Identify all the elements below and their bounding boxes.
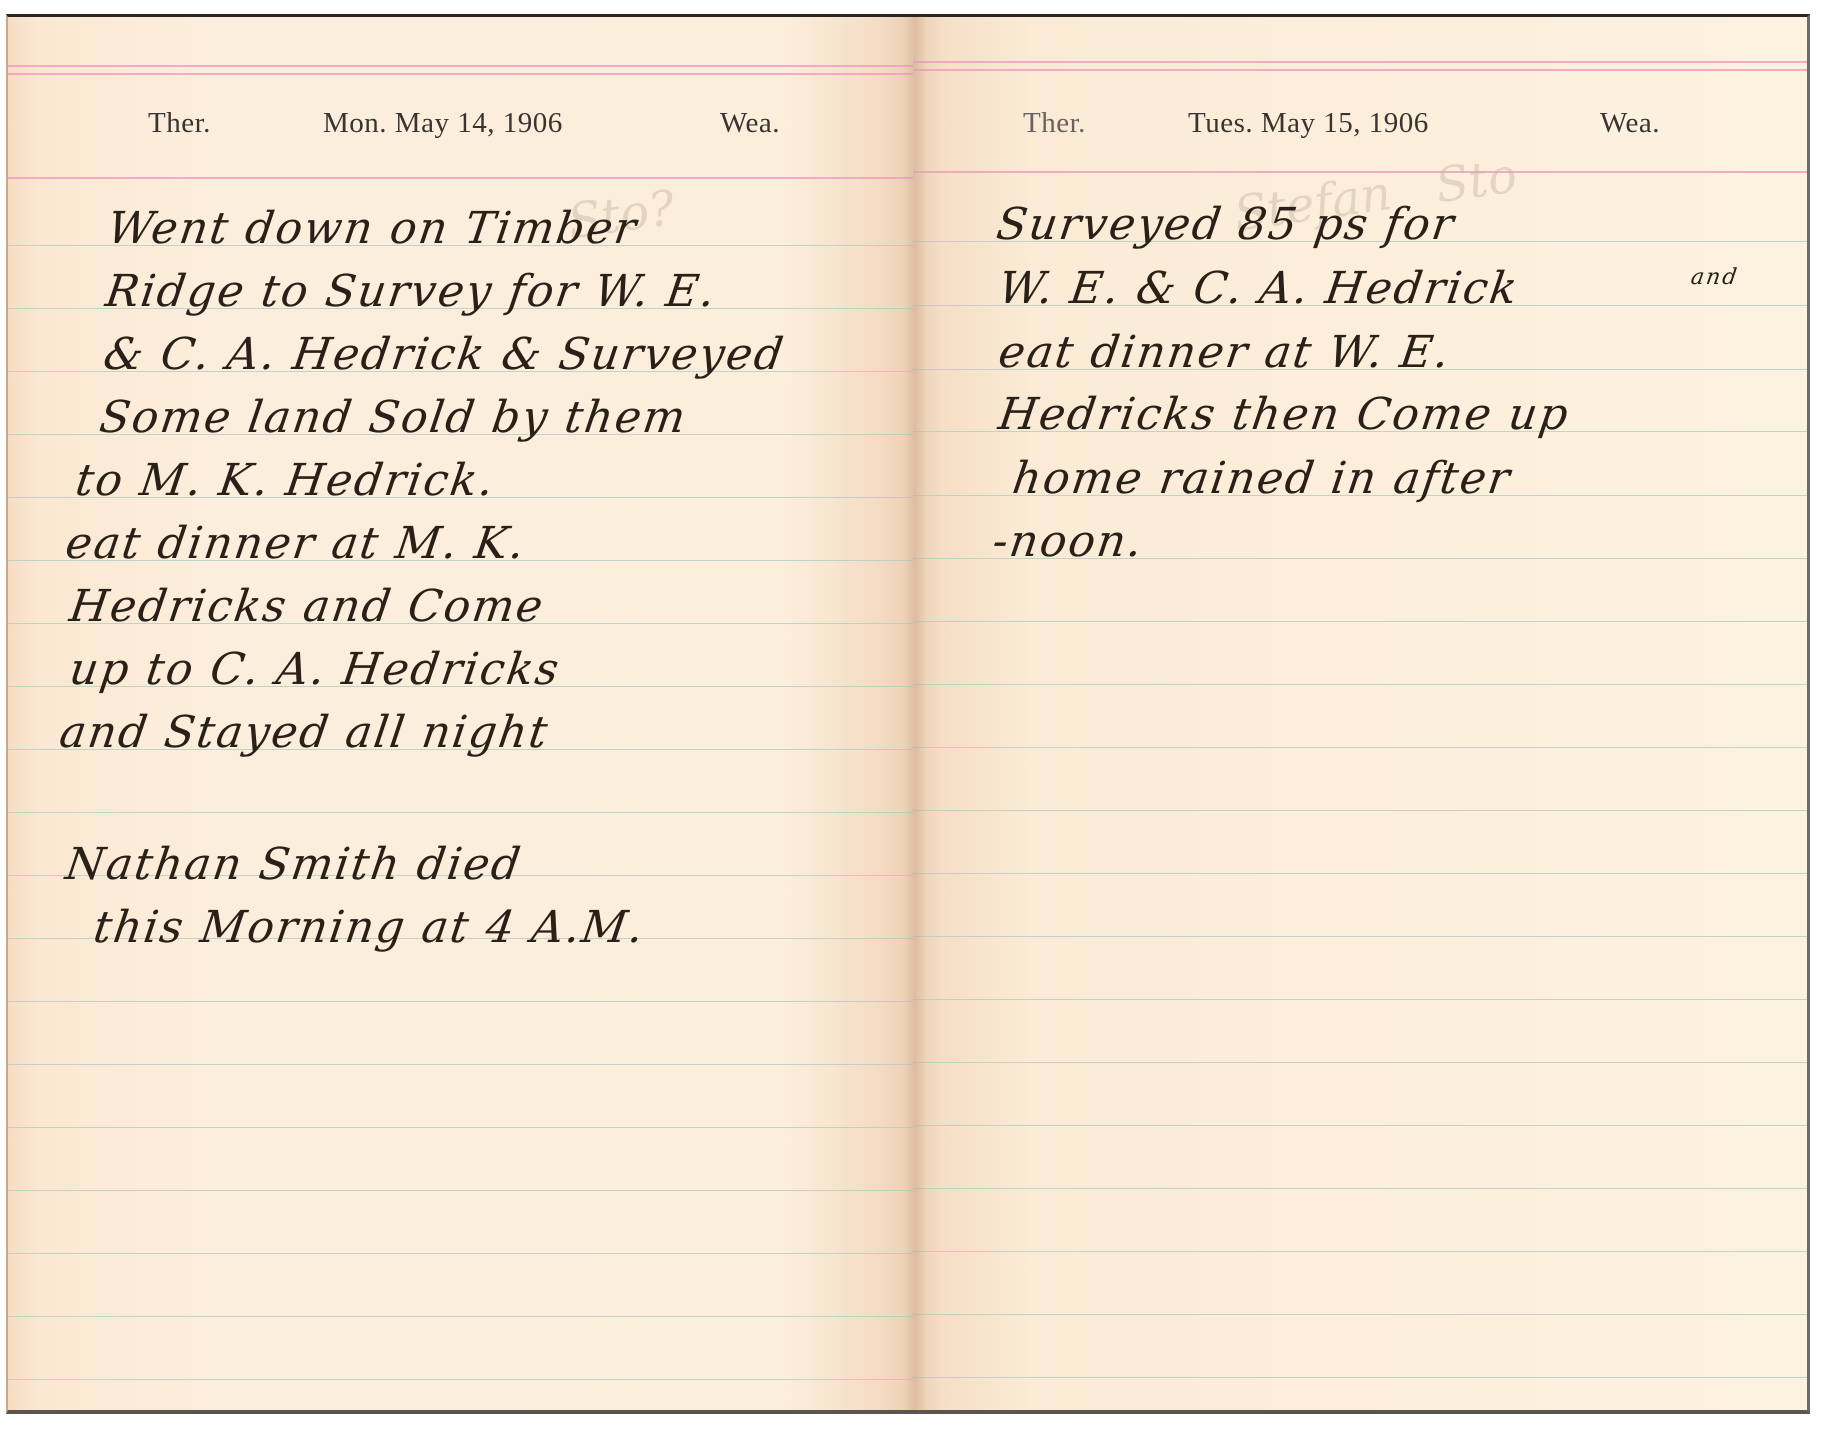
ruled-line — [913, 1251, 1807, 1252]
ruled-line — [8, 1379, 913, 1380]
handwritten-line: home rained in after — [910, 457, 1810, 501]
ruled-line — [913, 621, 1807, 622]
ruled-line — [913, 936, 1807, 937]
thermometer-label: Ther. — [148, 107, 211, 140]
open-diary: Ther. Mon. May 14, 1906 Wea. Sto? Went d… — [6, 14, 1810, 1414]
handwritten-line: W. E. & C. A. Hedrick — [910, 267, 1810, 311]
handwritten-line: up to C. A. Hedricks — [5, 648, 916, 692]
ruled-line — [913, 1188, 1807, 1189]
ruled-line — [913, 999, 1807, 1000]
ruled-line — [913, 810, 1807, 811]
ruled-line — [913, 873, 1807, 874]
ruled-line — [8, 1316, 913, 1317]
ruled-line — [8, 1001, 913, 1002]
handwritten-line: to M. K. Hedrick. — [5, 459, 916, 503]
ruled-line — [8, 1190, 913, 1191]
page-date: Mon. May 14, 1906 — [323, 107, 563, 140]
ruled-line — [913, 684, 1807, 685]
ruled-line — [913, 747, 1807, 748]
ruled-line — [8, 1253, 913, 1254]
ruled-line — [8, 1064, 913, 1065]
handwritten-line: & C. A. Hedrick & Surveyed — [5, 333, 916, 377]
ruled-line — [913, 1125, 1807, 1126]
handwritten-line: Nathan Smith died — [5, 843, 916, 887]
book-spine — [903, 17, 927, 1410]
handwritten-line: Surveyed 85 ps for — [910, 203, 1810, 247]
ruled-line — [8, 812, 913, 813]
header-rule-top — [913, 61, 1807, 63]
header-rule-top-2 — [913, 69, 1807, 71]
handwritten-line: Hedricks then Come up — [910, 393, 1810, 437]
header-rule-top — [8, 65, 913, 67]
ruled-line — [8, 1127, 913, 1128]
handwritten-line: and Stayed all night — [5, 711, 916, 755]
handwritten-line: Ridge to Survey for W. E. — [5, 270, 916, 314]
handwritten-line: -noon. — [910, 520, 1810, 564]
handwritten-line: Some land Sold by them — [5, 396, 916, 440]
weather-label: Wea. — [1600, 107, 1660, 140]
handwritten-line: eat dinner at W. E. — [910, 331, 1810, 375]
handwritten-line: Hedricks and Come — [5, 585, 916, 629]
ruled-line — [913, 1377, 1807, 1378]
handwritten-line: Went down on Timber — [5, 207, 916, 251]
ruled-line — [913, 1314, 1807, 1315]
right-page: Ther. Tues. May 15, 1906 Wea. Stefan Sto… — [913, 17, 1807, 1410]
ruled-line — [913, 1062, 1807, 1063]
left-page: Ther. Mon. May 14, 1906 Wea. Sto? Went d… — [8, 17, 913, 1410]
handwritten-line: eat dinner at M. K. — [5, 522, 916, 566]
weather-label: Wea. — [720, 107, 780, 140]
page-date: Tues. May 15, 1906 — [1188, 107, 1429, 140]
handwritten-line: this Morning at 4 A.M. — [5, 906, 916, 950]
header-rule-top-2 — [8, 73, 913, 75]
thermometer-label: Ther. — [1023, 107, 1086, 140]
interlinear-insertion: and — [1689, 267, 1808, 289]
header-rule-bottom — [8, 177, 913, 179]
